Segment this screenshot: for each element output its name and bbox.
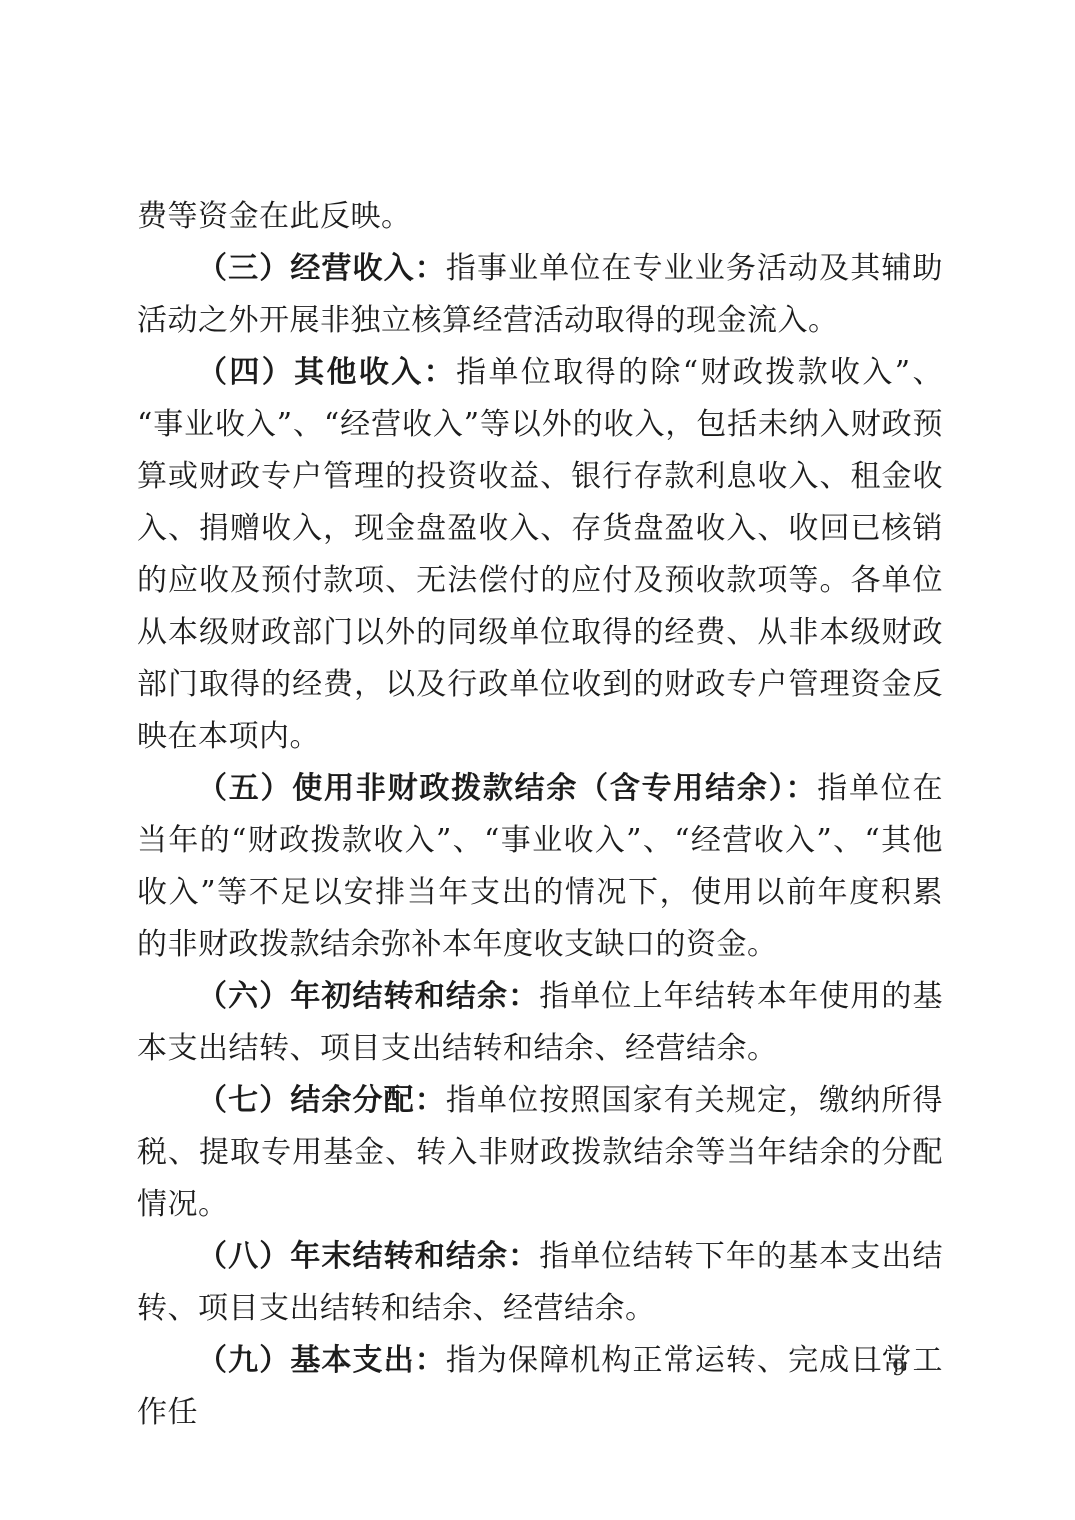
paragraph-item-9: （九）基本支出：指为保障机构正常运转、完成日常工作任 (137, 1335, 943, 1439)
paragraph-label: （九）基本支出： (197, 1343, 446, 1378)
paragraph-label: （六）年初结转和结余： (197, 979, 539, 1014)
paragraph-label: （八）年末结转和结余： (197, 1239, 539, 1274)
paragraph-item-5: （五）使用非财政拨款结余（含专用结余）：指单位在当年的“财政拨款收入”、“事业收… (137, 763, 943, 971)
paragraph-text: 指单位取得的除“财政拨款收入”、“事业收入”、“经营收入”等以外的收入，包括未纳… (137, 355, 943, 754)
page-number: — 9 — (860, 1356, 939, 1380)
paragraph-label: （三）经营收入： (197, 251, 446, 286)
paragraph-item-4: （四）其他收入：指单位取得的除“财政拨款收入”、“事业收入”、“经营收入”等以外… (137, 347, 943, 763)
document-page: 费等资金在此反映。 （三）经营收入：指事业单位在专业业务活动及其辅助活动之外开展… (0, 0, 1075, 1520)
paragraph-item-7: （七）结余分配：指单位按照国家有关规定，缴纳所得税、提取专用基金、转入非财政拨款… (137, 1075, 943, 1231)
paragraph-label: （四）其他收入： (197, 355, 456, 390)
document-body-text: 费等资金在此反映。 （三）经营收入：指事业单位在专业业务活动及其辅助活动之外开展… (137, 191, 943, 1439)
paragraph-text: 费等资金在此反映。 (137, 199, 412, 234)
paragraph-item-3: （三）经营收入：指事业单位在专业业务活动及其辅助活动之外开展非独立核算经营活动取… (137, 243, 943, 347)
paragraph-continuation: 费等资金在此反映。 (137, 191, 943, 243)
paragraph-label: （七）结余分配： (197, 1083, 446, 1118)
paragraph-item-8: （八）年末结转和结余：指单位结转下年的基本支出结转、项目支出结转和结余、经营结余… (137, 1231, 943, 1335)
paragraph-item-6: （六）年初结转和结余：指单位上年结转本年使用的基本支出结转、项目支出结转和结余、… (137, 971, 943, 1075)
paragraph-label: （五）使用非财政拨款结余（含专用结余）： (197, 771, 817, 806)
